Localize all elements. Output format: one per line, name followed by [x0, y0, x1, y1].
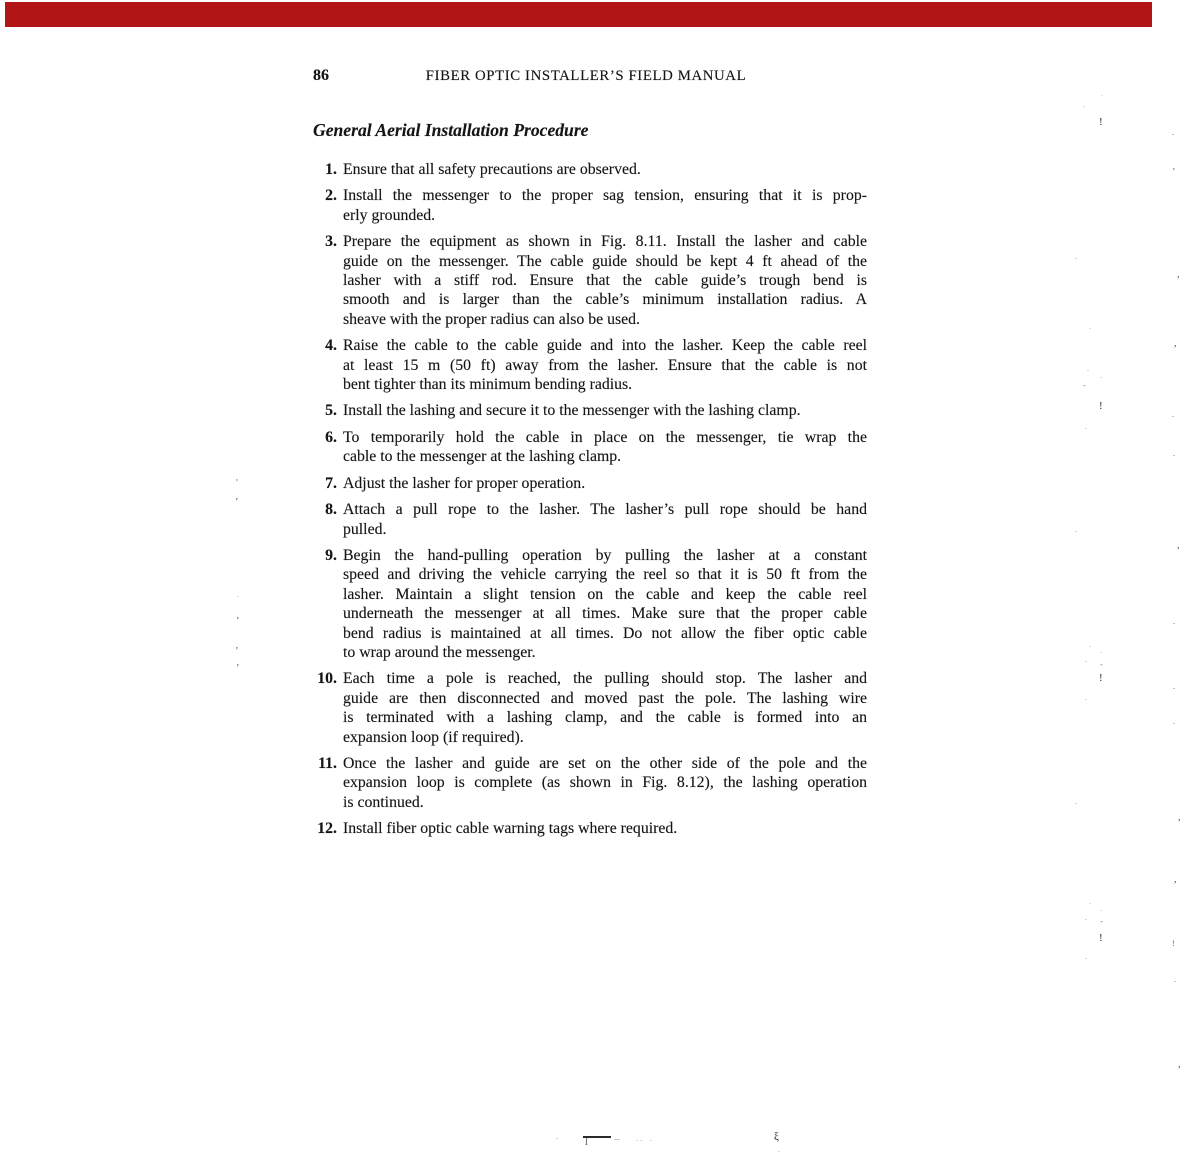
scan-mark: - [1083, 381, 1086, 390]
text-line: sheave with the proper radius can also b… [343, 310, 867, 329]
scan-mark: , [1174, 339, 1177, 349]
item-lines: Raise the cable to the cable guide and i… [343, 336, 867, 394]
procedure-item: 4. Raise the cable to the cable guide an… [303, 336, 869, 394]
item-number: 9. [303, 546, 337, 662]
text-line: Once the lasher and guide are set on the… [343, 754, 867, 773]
item-lines: Begin the hand-pulling operation by pull… [343, 546, 867, 662]
item-number: 5. [303, 401, 337, 420]
scan-mark: . [778, 1147, 780, 1154]
scan-mark: . [1085, 656, 1087, 664]
scan-mark: , [1178, 813, 1181, 823]
scanned-book-page: 86 FIBER OPTIC INSTALLER’S FIELD MANUAL … [0, 0, 1191, 1154]
procedure-item: 11. Once the lasher and guide are set on… [303, 754, 869, 812]
scan-mark: , [1177, 541, 1180, 551]
scan-mark: ξ [774, 1132, 779, 1143]
text-line: Adjust the lasher for proper operation. [343, 474, 867, 493]
text-line: To temporarily hold the cable in place o… [343, 428, 867, 447]
section-title: General Aerial Installation Procedure [313, 119, 869, 141]
scan-mark: ... [614, 1134, 620, 1142]
procedure-item: 2. Install the messenger to the proper s… [303, 186, 869, 225]
text-line: Prepare the equipment as shown in Fig. 8… [343, 232, 867, 251]
text-line: bend radius is maintained at all times. … [343, 624, 867, 643]
page-header: 86 FIBER OPTIC INSTALLER’S FIELD MANUAL [303, 66, 869, 86]
scan-mark: . [1100, 905, 1102, 913]
scan-mark: ! [1099, 933, 1103, 944]
scan-mark: . [1089, 641, 1091, 649]
scan-mark: . [1085, 914, 1087, 922]
text-line: speed and driving the vehicle carrying t… [343, 565, 867, 584]
procedure-item: 9. Begin the hand-pulling operation by p… [303, 546, 869, 662]
scan-mark: . [1173, 618, 1175, 626]
scan-mark: ' [237, 617, 239, 627]
text-line: Begin the hand-pulling operation by pull… [343, 546, 867, 565]
scan-mark: . [1089, 898, 1091, 906]
item-number: 4. [303, 336, 337, 394]
procedure-item: 8. Attach a pull rope to the lasher. The… [303, 500, 869, 539]
scan-mark: ' [237, 664, 239, 674]
text-line: Each time a pole is reached, the pulling… [343, 669, 867, 688]
item-lines: Once the lasher and guide are set on the… [343, 754, 867, 812]
scan-mark: ! [1099, 673, 1103, 684]
scan-mark: - [1100, 917, 1103, 926]
item-lines: Each time a pole is reached, the pulling… [343, 669, 867, 747]
procedure-item: 6. To temporarily hold the cable in plac… [303, 428, 869, 467]
scan-mark: . . [636, 1135, 642, 1143]
scan-mark: . [650, 1135, 652, 1143]
text-line: underneath the messenger at all times. M… [343, 604, 867, 623]
procedure-item: 1. Ensure that all safety precautions ar… [303, 160, 869, 179]
item-lines: Install the messenger to the proper sag … [343, 186, 867, 225]
scan-mark: . [237, 591, 239, 599]
item-lines: Attach a pull rope to the lasher. The la… [343, 500, 867, 539]
scan-mark: , [1178, 1060, 1181, 1070]
scan-mark: . [1089, 323, 1091, 331]
red-annotation-bar [5, 2, 1152, 27]
text-line: Install the messenger to the proper sag … [343, 186, 867, 205]
text-line: guide on the messenger. The cable guide … [343, 252, 867, 271]
item-number: 7. [303, 474, 337, 493]
text-line: Raise the cable to the cable guide and i… [343, 336, 867, 355]
procedure-item: 3. Prepare the equipment as shown in Fig… [303, 232, 869, 329]
text-line: lasher. Maintain a slight tension on the… [343, 585, 867, 604]
running-head: FIBER OPTIC INSTALLER’S FIELD MANUAL [303, 66, 869, 86]
procedure-item: 10. Each time a pole is reached, the pul… [303, 669, 869, 747]
text-line: at least 15 m (50 ft) away from the lash… [343, 356, 867, 375]
scan-mark: . [1172, 129, 1174, 137]
scan-mark: ' [236, 498, 238, 508]
scan-mark: , [1174, 875, 1177, 885]
procedure-item: 12. Install fiber optic cable warning ta… [303, 819, 869, 838]
scan-mark: ' [236, 479, 238, 489]
scan-mark: . [1075, 253, 1077, 261]
procedure-list: 1. Ensure that all safety precautions ar… [303, 160, 869, 839]
procedure-item: 7. Adjust the lasher for proper operatio… [303, 474, 869, 493]
scan-mark: . [1075, 798, 1077, 806]
scan-mark: . [1083, 101, 1085, 109]
scan-mark: ! [1099, 401, 1103, 412]
text-line: lasher with a stiff rod. Ensure that the… [343, 271, 867, 290]
scan-mark: . [1101, 90, 1103, 98]
text-line: Ensure that all safety precautions are o… [343, 160, 867, 179]
item-number: 6. [303, 428, 337, 467]
page-content: 86 FIBER OPTIC INSTALLER’S FIELD MANUAL … [303, 66, 869, 846]
scan-mark: . [1085, 953, 1087, 961]
item-lines: Install fiber optic cable warning tags w… [343, 819, 867, 838]
text-line: Install fiber optic cable warning tags w… [343, 819, 867, 838]
text-line: is continued. [343, 793, 867, 812]
item-lines: Adjust the lasher for proper operation. [343, 474, 867, 493]
procedure-item: 5. Install the lashing and secure it to … [303, 401, 869, 420]
item-number: 8. [303, 500, 337, 539]
scan-mark: . [1172, 411, 1174, 419]
scan-mark: . [1085, 423, 1087, 431]
scan-mark: . [1173, 450, 1175, 458]
scan-mark: . [1174, 976, 1176, 984]
item-number: 11. [303, 754, 337, 812]
item-lines: Prepare the equipment as shown in Fig. 8… [343, 232, 867, 329]
scan-mark: ! [1099, 117, 1103, 128]
item-number: 2. [303, 186, 337, 225]
text-line: cable to the messenger at the lashing cl… [343, 447, 867, 466]
text-line: to wrap around the messenger. [343, 643, 867, 662]
text-line: smooth and is larger than the cable’s mi… [343, 290, 867, 309]
text-line: expansion loop is complete (as shown in … [343, 773, 867, 792]
item-lines: Ensure that all safety precautions are o… [343, 160, 867, 179]
text-line: Attach a pull rope to the lasher. The la… [343, 500, 867, 519]
scan-mark: ' [236, 647, 238, 657]
text-line: Install the lashing and secure it to the… [343, 401, 867, 420]
text-line: guide are then disconnected and moved pa… [343, 689, 867, 708]
item-number: 12. [303, 819, 337, 838]
text-line: expansion loop (if required). [343, 728, 867, 747]
scan-mark: . [1087, 365, 1089, 373]
scan-mark: . [556, 1133, 558, 1141]
scan-mark: . [1085, 694, 1087, 702]
scan-mark: , [1177, 270, 1180, 280]
text-line: is terminated with a lashing clamp, and … [343, 708, 867, 727]
text-line: bent tighter than its minimum bending ra… [343, 375, 867, 394]
scan-mark: . [1100, 647, 1102, 655]
scan-mark: . [1173, 718, 1175, 726]
scan-mark: ! [1172, 940, 1175, 948]
scan-mark: . [1100, 372, 1102, 380]
scan-mark: ſ [585, 1138, 588, 1148]
scan-mark: ' [1173, 168, 1175, 178]
item-number: 3. [303, 232, 337, 329]
item-lines: To temporarily hold the cable in place o… [343, 428, 867, 467]
text-line: erly grounded. [343, 206, 867, 225]
item-number: 10. [303, 669, 337, 747]
item-number: 1. [303, 160, 337, 179]
item-lines: Install the lashing and secure it to the… [343, 401, 867, 420]
scan-mark: . [1075, 526, 1077, 534]
text-line: pulled. [343, 520, 867, 539]
scan-mark: . [1173, 683, 1175, 691]
page-number: 86 [313, 66, 329, 86]
scan-mark: - [1100, 660, 1103, 669]
